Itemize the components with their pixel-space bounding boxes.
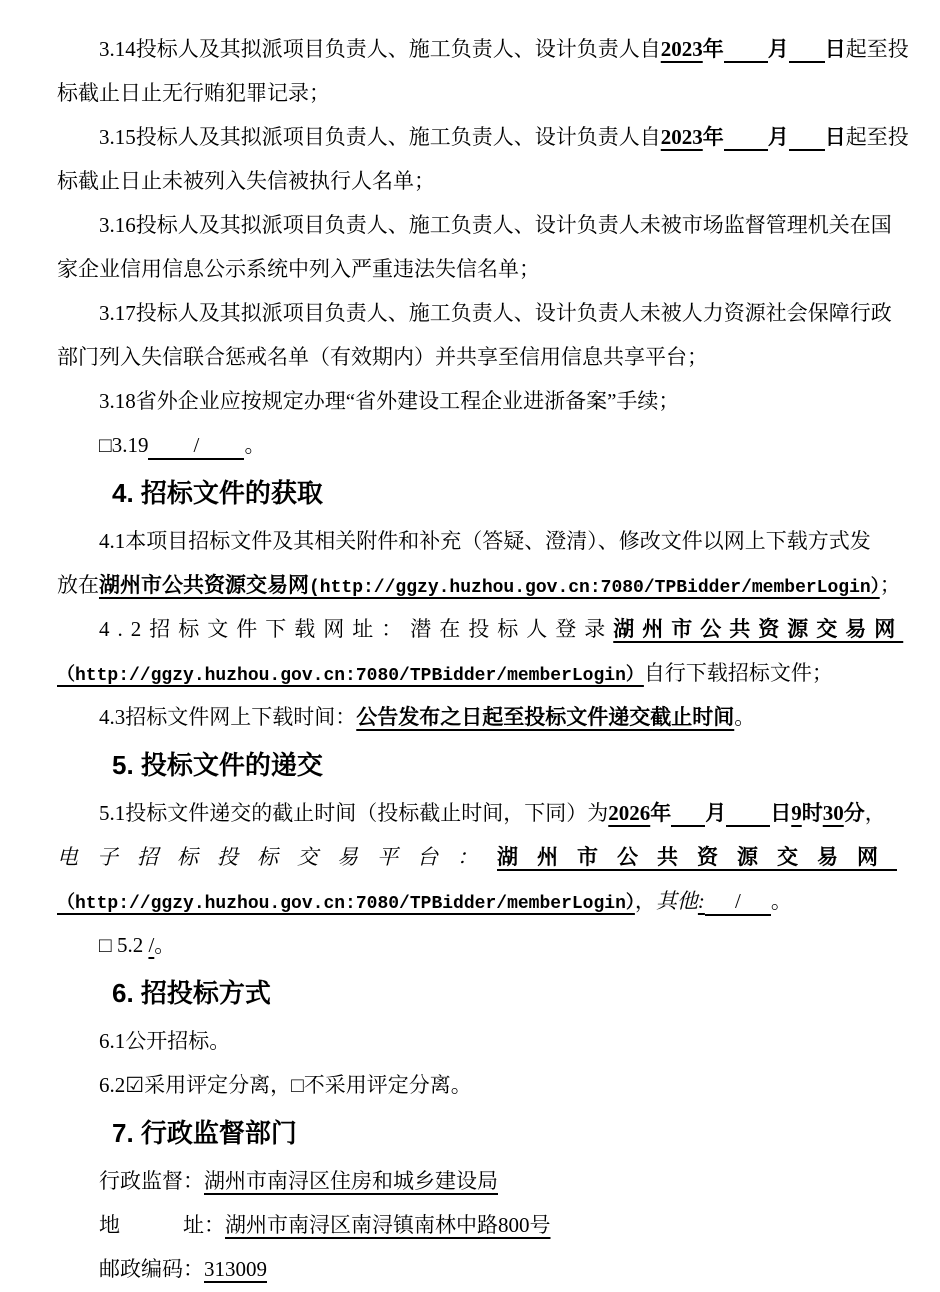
text-run: 公告发布之日起至投标文件递交截止时间 [356, 705, 734, 729]
text-run: 月 [705, 801, 726, 825]
text-run: 月 [768, 125, 789, 149]
text-run: 6.1公开招标。 [99, 1029, 230, 1053]
text-run: 年 [703, 125, 724, 149]
blank-fill-field [671, 799, 705, 827]
text-run: 4.2招标文件下载网址：潜在投标人登录 [99, 617, 613, 641]
text-run: 时 [802, 801, 823, 825]
text-run: 电子招标投标交易平台： [57, 845, 497, 869]
checkbox-unchecked-icon: □ [291, 1073, 304, 1097]
text-run: 3.15投标人及其拟派项目负责人、施工负责人、设计负责人自 [99, 125, 661, 149]
para-5-1-line3: （http://ggzy.huzhou.gov.cn:7080/TPBidder… [57, 879, 920, 923]
para-6-2: 6.2☑采用评定分离，□不采用评定分离。 [57, 1063, 920, 1107]
text-run: 。 [244, 433, 265, 457]
line-supervisor: 行政监督：湖州市南浔区住房和城乡建设局 [57, 1159, 920, 1203]
text-run: 6.2 [99, 1073, 125, 1097]
text-run: 标截止日止无行贿犯罪记录； [57, 81, 330, 105]
text-run: 3.14投标人及其拟派项目负责人、施工负责人、设计负责人自 [99, 37, 661, 61]
blank-fill-field [724, 123, 768, 151]
line-postal-code: 邮政编码：313009 [57, 1247, 920, 1291]
text-run: 6. 招投标方式 [112, 978, 271, 1008]
text-run: : [698, 889, 705, 913]
text-run: 日 [825, 37, 846, 61]
heading-6: 6. 招投标方式 [57, 967, 920, 1019]
text-run: 年 [703, 37, 724, 61]
text-run: 自行下载招标文件； [644, 661, 833, 685]
para-5-2: □ 5.2 /。 [57, 923, 920, 967]
para-3-17-line1: 3.17投标人及其拟派项目负责人、施工负责人、设计负责人未被人力资源社会保障行政 [57, 291, 920, 335]
text-run: 家企业信用信息公示系统中列入严重违法失信名单； [57, 257, 540, 281]
text-run: (http://ggzy.huzhou.gov.cn:7080/TPBidder… [309, 578, 880, 598]
text-run: 3.19 [112, 433, 149, 457]
text-run: 邮政编码： [99, 1257, 204, 1281]
text-run: 地 址： [99, 1213, 225, 1237]
line-address: 地 址：湖州市南浔区南浔镇南林中路800号 [57, 1203, 920, 1247]
text-run: 湖州市公共资源交易网 [613, 617, 903, 641]
text-run: ； [880, 573, 901, 597]
para-4-2-line1: 4.2招标文件下载网址：潜在投标人登录湖州市公共资源交易网 [57, 607, 920, 651]
text-run: 4. 招标文件的获取 [112, 478, 323, 508]
para-3-14-line2: 标截止日止无行贿犯罪记录； [57, 71, 920, 115]
text-run: 。 [154, 933, 175, 957]
text-run: 9 [791, 801, 802, 825]
text-run: 2026 [608, 801, 650, 825]
checkbox-unchecked-icon: □ [99, 933, 112, 957]
para-6-1: 6.1公开招标。 [57, 1019, 920, 1063]
para-3-15-line1: 3.15投标人及其拟派项目负责人、施工负责人、设计负责人自2023年月日起至投 [57, 115, 920, 159]
text-run: 湖州市南浔区南浔镇南林中路800号 [225, 1213, 551, 1237]
para-3-15-line2: 标截止日止未被列入失信被执行人名单； [57, 159, 920, 203]
text-run: 3.16投标人及其拟派项目负责人、施工负责人、设计负责人未被市场监督管理机关在国 [99, 213, 892, 237]
text-run: 年 [650, 801, 671, 825]
text-run: 4.1本项目招标文件及其相关附件和补充（答疑、澄清）、修改文件以网上下载方式发 [99, 529, 871, 553]
text-run: 4.3招标文件网上下载时间： [99, 705, 356, 729]
blank-fill-field: / [705, 888, 771, 916]
para-4-1-line2: 放在湖州市公共资源交易网(http://ggzy.huzhou.gov.cn:7… [57, 563, 920, 607]
checkbox-checked-icon: ☑ [125, 1073, 144, 1097]
text-run: 日 [770, 801, 791, 825]
para-5-1-line2: 电子招标投标交易平台：湖州市公共资源交易网 [57, 835, 920, 879]
text-run: 分 [844, 801, 865, 825]
text-run: 2023 [661, 125, 703, 149]
text-run: 5. 投标文件的递交 [112, 750, 323, 780]
text-run: 5.2 [112, 933, 149, 957]
text-run: 湖州市公共资源交易网 [99, 573, 309, 597]
text-run: 起至投 [846, 125, 909, 149]
blank-fill-field [724, 35, 768, 63]
para-3-19: □3.19/。 [57, 423, 920, 467]
text-run: 不采用评定分离。 [304, 1073, 472, 1097]
text-run: 3.17投标人及其拟派项目负责人、施工负责人、设计负责人未被人力资源社会保障行政 [99, 301, 892, 325]
para-3-17-line2: 部门列入失信联合惩戒名单（有效期内）并共享至信用信息共享平台； [57, 335, 920, 379]
text-run: 行政监督： [99, 1169, 204, 1193]
text-run: ， [635, 889, 656, 913]
heading-4: 4. 招标文件的获取 [57, 467, 920, 519]
blank-fill-field [789, 35, 825, 63]
text-run: 313009 [204, 1257, 267, 1281]
document-page: 3.14投标人及其拟派项目负责人、施工负责人、设计负责人自2023年月日起至投标… [0, 0, 940, 1292]
heading-7: 7. 行政监督部门 [57, 1107, 920, 1159]
text-run: 湖州市公共资源交易网 [497, 845, 897, 869]
text-run: 2023 [661, 37, 703, 61]
text-run: 采用评定分离， [144, 1073, 291, 1097]
para-3-14-line1: 3.14投标人及其拟派项目负责人、施工负责人、设计负责人自2023年月日起至投 [57, 27, 920, 71]
blank-fill-field [789, 123, 825, 151]
checkbox-unchecked-icon: □ [99, 433, 112, 457]
blank-fill-field [726, 799, 770, 827]
para-5-1-line1: 5.1投标文件递交的截止时间（投标截止时间，下同）为2026年月日9时30分， [57, 791, 920, 835]
text-run: 7. 行政监督部门 [112, 1118, 297, 1148]
text-run: 日 [825, 125, 846, 149]
para-3-18: 3.18省外企业应按规定办理“省外建设工程企业进浙备案”手续； [57, 379, 920, 423]
para-4-2-line2: （http://ggzy.huzhou.gov.cn:7080/TPBidder… [57, 651, 920, 695]
para-3-16-line1: 3.16投标人及其拟派项目负责人、施工负责人、设计负责人未被市场监督管理机关在国 [57, 203, 920, 247]
text-run: 放在 [57, 573, 99, 597]
text-run: （http://ggzy.huzhou.gov.cn:7080/TPBidder… [57, 666, 644, 686]
text-run: 月 [768, 37, 789, 61]
text-run: 5.1投标文件递交的截止时间（投标截止时间，下同）为 [99, 801, 608, 825]
text-run: 湖州市南浔区住房和城乡建设局 [204, 1169, 498, 1193]
para-4-3: 4.3招标文件网上下载时间：公告发布之日起至投标文件递交截止时间。 [57, 695, 920, 739]
text-run: （http://ggzy.huzhou.gov.cn:7080/TPBidder… [57, 894, 635, 914]
heading-5: 5. 投标文件的递交 [57, 739, 920, 791]
blank-fill-field: / [148, 432, 244, 460]
text-run: 3.18省外企业应按规定办理“省外建设工程企业进浙备案”手续； [99, 389, 679, 413]
text-run: 。 [734, 705, 755, 729]
text-run: 起至投 [846, 37, 909, 61]
text-run: 部门列入失信联合惩戒名单（有效期内）并共享至信用信息共享平台； [57, 345, 708, 369]
para-3-16-line2: 家企业信用信息公示系统中列入严重违法失信名单； [57, 247, 920, 291]
text-run: ， [865, 801, 886, 825]
text-run: 30 [823, 801, 844, 825]
para-4-1-line1: 4.1本项目招标文件及其相关附件和补充（答疑、澄清）、修改文件以网上下载方式发 [57, 519, 920, 563]
text-run: 标截止日止未被列入失信被执行人名单； [57, 169, 435, 193]
text-run: 其他 [656, 889, 698, 913]
text-run: 。 [771, 889, 792, 913]
